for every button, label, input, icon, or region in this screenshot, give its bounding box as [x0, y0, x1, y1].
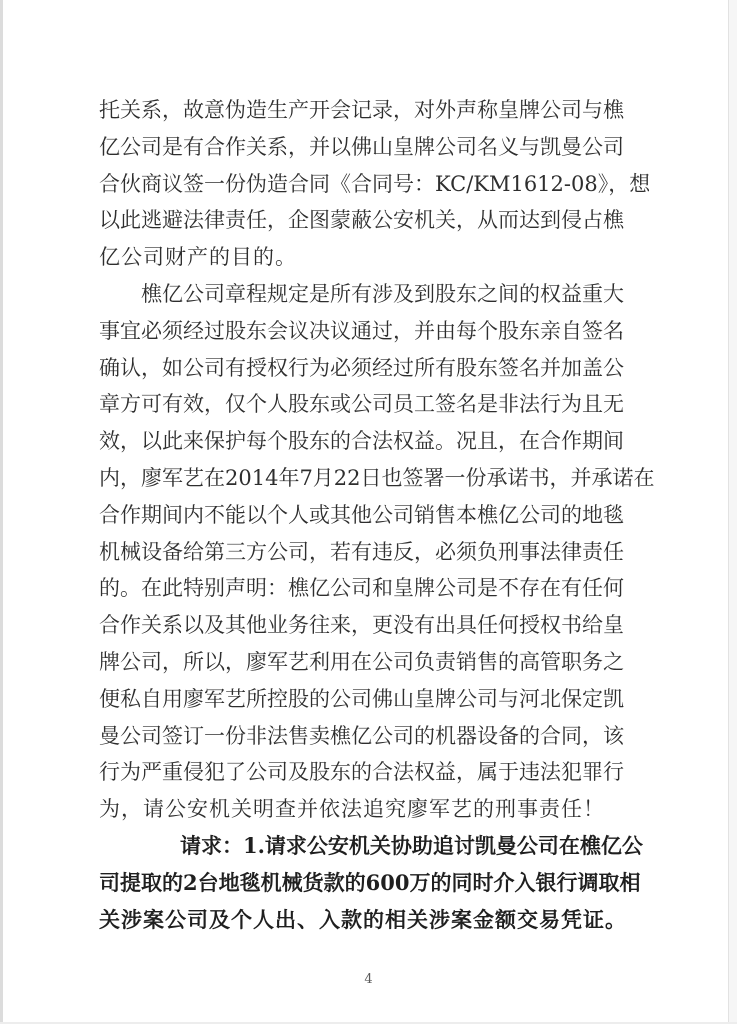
text-line: 牌公司，所以，廖军艺利用在公司负责销售的高管职务之	[99, 644, 608, 681]
document-page: 托关系，故意伪造生产开会记录，对外声称皇牌公司与樵 亿公司是有合作关系，并以佛山…	[0, 0, 737, 1024]
text-line: 合作关系以及其他业务往来，更没有出具任何授权书给皇	[99, 607, 608, 644]
text-line: 的。在此特别声明：樵亿公司和皇牌公司是不存在有任何	[99, 570, 608, 607]
text-line: 便私自用廖军艺所控股的公司佛山皇牌公司与河北保定凯	[99, 681, 608, 718]
text-line: 章方可有效，仅个人股东或公司员工签名是非法行为且无	[99, 386, 608, 423]
text-line: 请求：1.请求公安机关协助追讨凯曼公司在樵亿公	[99, 828, 608, 865]
text-line: 司提取的2台地毯机械货款的600万的同时介入银行调取相	[99, 865, 608, 902]
paragraph-1: 托关系，故意伪造生产开会记录，对外声称皇牌公司与樵 亿公司是有合作关系，并以佛山…	[99, 92, 608, 276]
text-line: 亿公司是有合作关系，并以佛山皇牌公司名义与凯曼公司	[99, 129, 608, 166]
paragraph-3-request: 请求：1.请求公安机关协助追讨凯曼公司在樵亿公 司提取的2台地毯机械货款的600…	[99, 828, 608, 938]
text-line: 确认，如公司有授权行为必须经过所有股东签名并加盖公	[99, 350, 608, 387]
text-line: 亿公司财产的目的。	[99, 239, 608, 276]
page-number: 4	[0, 971, 737, 989]
text-line: 为，请公安机关明查并依法追究廖军艺的刑事责任！	[99, 791, 608, 828]
text-line: 曼公司签订一份非法售卖樵亿公司的机器设备的合同，该	[99, 718, 608, 755]
text-line: 合伙商议签一份伪造合同《合同号：KC/KM1612-08》，想	[99, 166, 608, 203]
text-line: 以此逃避法律责任，企图蒙蔽公安机关，从而达到侵占樵	[99, 202, 608, 239]
text-line: 事宜必须经过股东会议决议通过，并由每个股东亲自签名	[99, 313, 608, 350]
page-right-edge	[728, 0, 729, 1024]
text-line: 樵亿公司章程规定是所有涉及到股东之间的权益重大	[99, 276, 608, 313]
paragraph-2: 樵亿公司章程规定是所有涉及到股东之间的权益重大 事宜必须经过股东会议决议通过，并…	[99, 276, 608, 828]
text-line: 机械设备给第三方公司，若有违反，必须负刑事法律责任	[99, 534, 608, 571]
text-line: 托关系，故意伪造生产开会记录，对外声称皇牌公司与樵	[99, 92, 608, 129]
text-line: 行为严重侵犯了公司及股东的合法权益，属于违法犯罪行	[99, 754, 608, 791]
text-line: 效，以此来保护每个股东的合法权益。况且，在合作期间	[99, 423, 608, 460]
text-line: 关涉案公司及个人出、入款的相关涉案金额交易凭证。	[99, 902, 608, 939]
page-left-edge	[0, 0, 3, 1024]
text-block: 托关系，故意伪造生产开会记录，对外声称皇牌公司与樵 亿公司是有合作关系，并以佛山…	[99, 92, 608, 938]
text-line: 内，廖军艺在2014年7月22日也签署一份承诺书，并承诺在	[99, 460, 608, 497]
text-line: 合作期间内不能以个人或其他公司销售本樵亿公司的地毯	[99, 497, 608, 534]
page-right-margin	[729, 0, 737, 1024]
